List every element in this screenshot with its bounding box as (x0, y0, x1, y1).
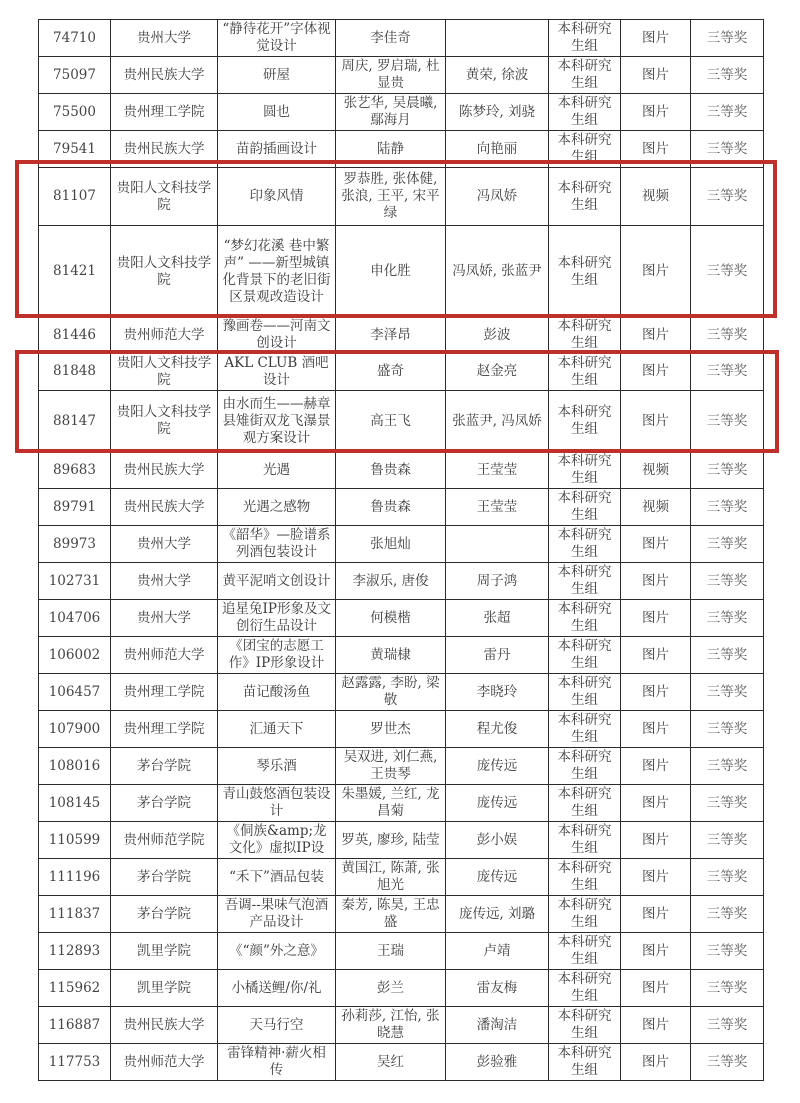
authors-cell: 黄国江, 陈萧, 张旭光 (336, 859, 446, 896)
title-cell: 琴乐酒 (218, 748, 336, 785)
school-cell: 贵州师范学院 (111, 822, 218, 859)
group-cell: 本科研究生组 (549, 933, 621, 970)
entry-id-cell: 104706 (39, 600, 111, 637)
group-cell: 本科研究生组 (549, 168, 621, 226)
authors-cell: 盛奇 (336, 353, 446, 391)
table-row: 108016茅台学院琴乐酒吴双进, 刘仁燕, 王贵琴庞传远本科研究生组图片三等奖 (39, 748, 764, 785)
school-cell: 凯里学院 (111, 970, 218, 1007)
advisors-cell: 王莹莹 (446, 452, 549, 489)
entry-id-cell: 74710 (39, 20, 111, 57)
group-cell: 本科研究生组 (549, 131, 621, 168)
type-cell: 视频 (621, 168, 691, 226)
title-cell: 《“颜”外之意》 (218, 933, 336, 970)
table-row: 111837茅台学院吾调--果味气泡酒产品设计秦芳, 陈昊, 王忠盛庞传远, 刘… (39, 896, 764, 933)
table-row: 75500贵州理工学院圆也张艺华, 吴晨曦, 鄢海月陈梦玲, 刘骁本科研究生组图… (39, 94, 764, 131)
title-cell: 雷锋精神·薪火相传 (218, 1044, 336, 1081)
award-cell: 三等奖 (691, 452, 764, 489)
type-cell: 图片 (621, 859, 691, 896)
type-cell: 图片 (621, 20, 691, 57)
title-cell: 苗记酸汤鱼 (218, 674, 336, 711)
title-cell: 圆也 (218, 94, 336, 131)
entry-id-cell: 88147 (39, 391, 111, 452)
authors-cell: 朱墨媛, 兰红, 龙昌菊 (336, 785, 446, 822)
school-cell: 贵阳人文科技学院 (111, 391, 218, 452)
authors-cell: 吴双进, 刘仁燕, 王贵琴 (336, 748, 446, 785)
type-cell: 图片 (621, 563, 691, 600)
authors-cell: 秦芳, 陈昊, 王忠盛 (336, 896, 446, 933)
advisors-cell (446, 526, 549, 563)
table-row: 81421贵阳人文科技学院“梦幻花溪 巷中繁声” ——新型城镇化背景下的老旧街区… (39, 226, 764, 318)
advisors-cell: 张超 (446, 600, 549, 637)
authors-cell: 王瑞 (336, 933, 446, 970)
authors-cell: 罗世杰 (336, 711, 446, 748)
title-cell: “禾下”酒品包装 (218, 859, 336, 896)
advisors-cell: 冯凤娇 (446, 168, 549, 226)
table-row: 89791贵州民族大学光遇之感物鲁贵森王莹莹本科研究生组视频三等奖 (39, 489, 764, 526)
type-cell: 图片 (621, 1007, 691, 1044)
type-cell: 图片 (621, 57, 691, 94)
group-cell: 本科研究生组 (549, 748, 621, 785)
advisors-cell: 彭小娱 (446, 822, 549, 859)
table-row: 88147贵阳人文科技学院由水而生——赫章县雉街双龙飞瀑景观方案设计高王飞张蓝尹… (39, 391, 764, 452)
award-cell: 三等奖 (691, 896, 764, 933)
type-cell: 图片 (621, 600, 691, 637)
entry-id-cell: 81446 (39, 318, 111, 353)
school-cell: 贵州师范大学 (111, 1044, 218, 1081)
title-cell: 光遇 (218, 452, 336, 489)
type-cell: 图片 (621, 318, 691, 353)
award-cell: 三等奖 (691, 526, 764, 563)
award-cell: 三等奖 (691, 933, 764, 970)
authors-cell: 吴红 (336, 1044, 446, 1081)
type-cell: 图片 (621, 896, 691, 933)
authors-cell: 李佳奇 (336, 20, 446, 57)
award-cell: 三等奖 (691, 226, 764, 318)
entry-id-cell: 107900 (39, 711, 111, 748)
table-row: 104706贵州大学追星兔IP形象及文创衍生品设计何模楷张超本科研究生组图片三等… (39, 600, 764, 637)
entry-id-cell: 117753 (39, 1044, 111, 1081)
advisors-cell: 冯凤娇, 张蓝尹 (446, 226, 549, 318)
award-cell: 三等奖 (691, 600, 764, 637)
award-cell: 三等奖 (691, 1044, 764, 1081)
award-results-table: 74710贵州大学“静待花开”字体视觉设计李佳奇本科研究生组图片三等奖75097… (38, 19, 764, 1081)
advisors-cell: 庞传远 (446, 748, 549, 785)
award-cell: 三等奖 (691, 822, 764, 859)
entry-id-cell: 111196 (39, 859, 111, 896)
table-row: 112893凯里学院《“颜”外之意》王瑞卢靖本科研究生组图片三等奖 (39, 933, 764, 970)
award-cell: 三等奖 (691, 711, 764, 748)
school-cell: 贵州民族大学 (111, 489, 218, 526)
group-cell: 本科研究生组 (549, 637, 621, 674)
school-cell: 贵州大学 (111, 563, 218, 600)
entry-id-cell: 106457 (39, 674, 111, 711)
type-cell: 图片 (621, 637, 691, 674)
authors-cell: 黄瑞棣 (336, 637, 446, 674)
advisors-cell: 王莹莹 (446, 489, 549, 526)
authors-cell: 罗恭胜, 张体健, 张浪, 王平, 宋平绿 (336, 168, 446, 226)
entry-id-cell: 108016 (39, 748, 111, 785)
school-cell: 贵州师范大学 (111, 637, 218, 674)
entry-id-cell: 102731 (39, 563, 111, 600)
school-cell: 贵阳人文科技学院 (111, 168, 218, 226)
award-cell: 三等奖 (691, 168, 764, 226)
award-cell: 三等奖 (691, 57, 764, 94)
authors-cell: 张艺华, 吴晨曦, 鄢海月 (336, 94, 446, 131)
advisors-cell: 庞传远, 刘璐 (446, 896, 549, 933)
type-cell: 图片 (621, 822, 691, 859)
school-cell: 凯里学院 (111, 933, 218, 970)
advisors-cell: 陈梦玲, 刘骁 (446, 94, 549, 131)
title-cell: 青山鼓悠酒包装设计 (218, 785, 336, 822)
table-row: 110599贵州师范学院《侗族&amp;龙文化》虚拟IP设罗英, 廖珍, 陆莹彭… (39, 822, 764, 859)
title-cell: 研屋 (218, 57, 336, 94)
table-row: 111196茅台学院“禾下”酒品包装黄国江, 陈萧, 张旭光庞传远本科研究生组图… (39, 859, 764, 896)
authors-cell: 陆静 (336, 131, 446, 168)
school-cell: 贵州大学 (111, 600, 218, 637)
entry-id-cell: 106002 (39, 637, 111, 674)
authors-cell: 申化胜 (336, 226, 446, 318)
type-cell: 图片 (621, 131, 691, 168)
school-cell: 贵阳人文科技学院 (111, 226, 218, 318)
advisors-cell: 程尤俊 (446, 711, 549, 748)
advisors-cell: 雷丹 (446, 637, 549, 674)
table-row: 102731贵州大学黄平泥哨文创设计李淑乐, 唐俊周子鸿本科研究生组图片三等奖 (39, 563, 764, 600)
title-cell: 豫画卷——河南文创设计 (218, 318, 336, 353)
group-cell: 本科研究生组 (549, 1044, 621, 1081)
entry-id-cell: 116887 (39, 1007, 111, 1044)
award-cell: 三等奖 (691, 20, 764, 57)
advisors-cell: 黄荣, 徐波 (446, 57, 549, 94)
authors-cell: 李淑乐, 唐俊 (336, 563, 446, 600)
group-cell: 本科研究生组 (549, 318, 621, 353)
type-cell: 图片 (621, 391, 691, 452)
award-cell: 三等奖 (691, 748, 764, 785)
school-cell: 贵州大学 (111, 20, 218, 57)
table-row: 108145茅台学院青山鼓悠酒包装设计朱墨媛, 兰红, 龙昌菊庞传远本科研究生组… (39, 785, 764, 822)
school-cell: 贵州理工学院 (111, 94, 218, 131)
type-cell: 图片 (621, 226, 691, 318)
award-cell: 三等奖 (691, 318, 764, 353)
table-row: 89683贵州民族大学光遇鲁贵森王莹莹本科研究生组视频三等奖 (39, 452, 764, 489)
table-row: 75097贵州民族大学研屋周庆, 罗启瑞, 杜显贵黄荣, 徐波本科研究生组图片三… (39, 57, 764, 94)
type-cell: 图片 (621, 748, 691, 785)
group-cell: 本科研究生组 (549, 57, 621, 94)
title-cell: 《侗族&amp;龙文化》虚拟IP设 (218, 822, 336, 859)
entry-id-cell: 115962 (39, 970, 111, 1007)
group-cell: 本科研究生组 (549, 391, 621, 452)
group-cell: 本科研究生组 (549, 226, 621, 318)
type-cell: 图片 (621, 353, 691, 391)
entry-id-cell: 110599 (39, 822, 111, 859)
title-cell: 天马行空 (218, 1007, 336, 1044)
authors-cell: 高王飞 (336, 391, 446, 452)
award-cell: 三等奖 (691, 391, 764, 452)
school-cell: 茅台学院 (111, 859, 218, 896)
school-cell: 贵州民族大学 (111, 57, 218, 94)
advisors-cell: 周子鸿 (446, 563, 549, 600)
authors-cell: 孙莉莎, 江怡, 张晓慧 (336, 1007, 446, 1044)
entry-id-cell: 89973 (39, 526, 111, 563)
type-cell: 图片 (621, 785, 691, 822)
award-cell: 三等奖 (691, 785, 764, 822)
table-row: 81848贵阳人文科技学院AKL CLUB 酒吧设计盛奇赵金亮本科研究生组图片三… (39, 353, 764, 391)
title-cell: 追星兔IP形象及文创衍生品设计 (218, 600, 336, 637)
title-cell: 黄平泥哨文创设计 (218, 563, 336, 600)
entry-id-cell: 75500 (39, 94, 111, 131)
table-row: 79541贵州民族大学苗韵插画设计陆静向艳丽本科研究生组图片三等奖 (39, 131, 764, 168)
title-cell: 由水而生——赫章县雉街双龙飞瀑景观方案设计 (218, 391, 336, 452)
title-cell: 《团宝的志愿工作》IP形象设计 (218, 637, 336, 674)
title-cell: 《韶华》—脸谱系列酒包装设计 (218, 526, 336, 563)
award-cell: 三等奖 (691, 563, 764, 600)
entry-id-cell: 81421 (39, 226, 111, 318)
entry-id-cell: 75097 (39, 57, 111, 94)
group-cell: 本科研究生组 (549, 785, 621, 822)
group-cell: 本科研究生组 (549, 20, 621, 57)
group-cell: 本科研究生组 (549, 94, 621, 131)
type-cell: 图片 (621, 711, 691, 748)
authors-cell: 鲁贵森 (336, 452, 446, 489)
advisors-cell: 彭验雅 (446, 1044, 549, 1081)
title-cell: “静待花开”字体视觉设计 (218, 20, 336, 57)
advisors-cell: 庞传远 (446, 785, 549, 822)
advisors-cell: 卢靖 (446, 933, 549, 970)
entry-id-cell: 112893 (39, 933, 111, 970)
table-row: 115962凯里学院小橘送鲤/你/礼彭兰雷友梅本科研究生组图片三等奖 (39, 970, 764, 1007)
table-row: 106457贵州理工学院苗记酸汤鱼赵露露, 李盼, 梁敬李晓玲本科研究生组图片三… (39, 674, 764, 711)
table-row: 81107贵阳人文科技学院印象风情罗恭胜, 张体健, 张浪, 王平, 宋平绿冯凤… (39, 168, 764, 226)
table-row: 116887贵州民族大学天马行空孙莉莎, 江怡, 张晓慧潘淘洁本科研究生组图片三… (39, 1007, 764, 1044)
authors-cell: 赵露露, 李盼, 梁敬 (336, 674, 446, 711)
award-cell: 三等奖 (691, 637, 764, 674)
type-cell: 视频 (621, 452, 691, 489)
award-cell: 三等奖 (691, 131, 764, 168)
title-cell: “梦幻花溪 巷中繁声” ——新型城镇化背景下的老旧街区景观改造设计 (218, 226, 336, 318)
authors-cell: 何模楷 (336, 600, 446, 637)
award-cell: 三等奖 (691, 1007, 764, 1044)
group-cell: 本科研究生组 (549, 711, 621, 748)
school-cell: 贵州民族大学 (111, 1007, 218, 1044)
title-cell: 苗韵插画设计 (218, 131, 336, 168)
group-cell: 本科研究生组 (549, 1007, 621, 1044)
school-cell: 茅台学院 (111, 748, 218, 785)
advisors-cell: 潘淘洁 (446, 1007, 549, 1044)
type-cell: 图片 (621, 933, 691, 970)
advisors-cell: 张蓝尹, 冯凤娇 (446, 391, 549, 452)
title-cell: 光遇之感物 (218, 489, 336, 526)
group-cell: 本科研究生组 (549, 859, 621, 896)
authors-cell: 周庆, 罗启瑞, 杜显贵 (336, 57, 446, 94)
school-cell: 贵州师范大学 (111, 318, 218, 353)
advisors-cell: 向艳丽 (446, 131, 549, 168)
award-cell: 三等奖 (691, 674, 764, 711)
group-cell: 本科研究生组 (549, 822, 621, 859)
group-cell: 本科研究生组 (549, 600, 621, 637)
title-cell: 汇通天下 (218, 711, 336, 748)
type-cell: 图片 (621, 526, 691, 563)
award-cell: 三等奖 (691, 353, 764, 391)
entry-id-cell: 79541 (39, 131, 111, 168)
group-cell: 本科研究生组 (549, 452, 621, 489)
authors-cell: 张旭灿 (336, 526, 446, 563)
entry-id-cell: 81107 (39, 168, 111, 226)
entry-id-cell: 89791 (39, 489, 111, 526)
school-cell: 贵州理工学院 (111, 711, 218, 748)
title-cell: 印象风情 (218, 168, 336, 226)
school-cell: 贵州理工学院 (111, 674, 218, 711)
school-cell: 茅台学院 (111, 785, 218, 822)
table-row: 106002贵州师范大学《团宝的志愿工作》IP形象设计黄瑞棣雷丹本科研究生组图片… (39, 637, 764, 674)
advisors-cell: 庞传远 (446, 859, 549, 896)
entry-id-cell: 111837 (39, 896, 111, 933)
title-cell: 吾调--果味气泡酒产品设计 (218, 896, 336, 933)
school-cell: 贵阳人文科技学院 (111, 353, 218, 391)
group-cell: 本科研究生组 (549, 970, 621, 1007)
title-cell: 小橘送鲤/你/礼 (218, 970, 336, 1007)
authors-cell: 鲁贵森 (336, 489, 446, 526)
table-body: 74710贵州大学“静待花开”字体视觉设计李佳奇本科研究生组图片三等奖75097… (39, 20, 764, 1081)
authors-cell: 彭兰 (336, 970, 446, 1007)
entry-id-cell: 81848 (39, 353, 111, 391)
school-cell: 贵州大学 (111, 526, 218, 563)
type-cell: 图片 (621, 1044, 691, 1081)
table-row: 89973贵州大学《韶华》—脸谱系列酒包装设计张旭灿本科研究生组图片三等奖 (39, 526, 764, 563)
school-cell: 茅台学院 (111, 896, 218, 933)
entry-id-cell: 108145 (39, 785, 111, 822)
award-cell: 三等奖 (691, 94, 764, 131)
group-cell: 本科研究生组 (549, 526, 621, 563)
type-cell: 图片 (621, 674, 691, 711)
title-cell: AKL CLUB 酒吧设计 (218, 353, 336, 391)
group-cell: 本科研究生组 (549, 489, 621, 526)
table-row: 107900贵州理工学院汇通天下罗世杰程尤俊本科研究生组图片三等奖 (39, 711, 764, 748)
type-cell: 图片 (621, 94, 691, 131)
advisors-cell: 彭波 (446, 318, 549, 353)
school-cell: 贵州民族大学 (111, 452, 218, 489)
award-cell: 三等奖 (691, 970, 764, 1007)
award-cell: 三等奖 (691, 859, 764, 896)
advisors-cell: 赵金亮 (446, 353, 549, 391)
table-row: 74710贵州大学“静待花开”字体视觉设计李佳奇本科研究生组图片三等奖 (39, 20, 764, 57)
advisors-cell: 李晓玲 (446, 674, 549, 711)
authors-cell: 罗英, 廖珍, 陆莹 (336, 822, 446, 859)
group-cell: 本科研究生组 (549, 353, 621, 391)
advisors-cell (446, 20, 549, 57)
authors-cell: 李泽昂 (336, 318, 446, 353)
group-cell: 本科研究生组 (549, 896, 621, 933)
group-cell: 本科研究生组 (549, 674, 621, 711)
school-cell: 贵州民族大学 (111, 131, 218, 168)
entry-id-cell: 89683 (39, 452, 111, 489)
type-cell: 图片 (621, 970, 691, 1007)
table-row: 117753贵州师范大学雷锋精神·薪火相传吴红彭验雅本科研究生组图片三等奖 (39, 1044, 764, 1081)
award-cell: 三等奖 (691, 489, 764, 526)
table-row: 81446贵州师范大学豫画卷——河南文创设计李泽昂彭波本科研究生组图片三等奖 (39, 318, 764, 353)
advisors-cell: 雷友梅 (446, 970, 549, 1007)
group-cell: 本科研究生组 (549, 563, 621, 600)
type-cell: 视频 (621, 489, 691, 526)
